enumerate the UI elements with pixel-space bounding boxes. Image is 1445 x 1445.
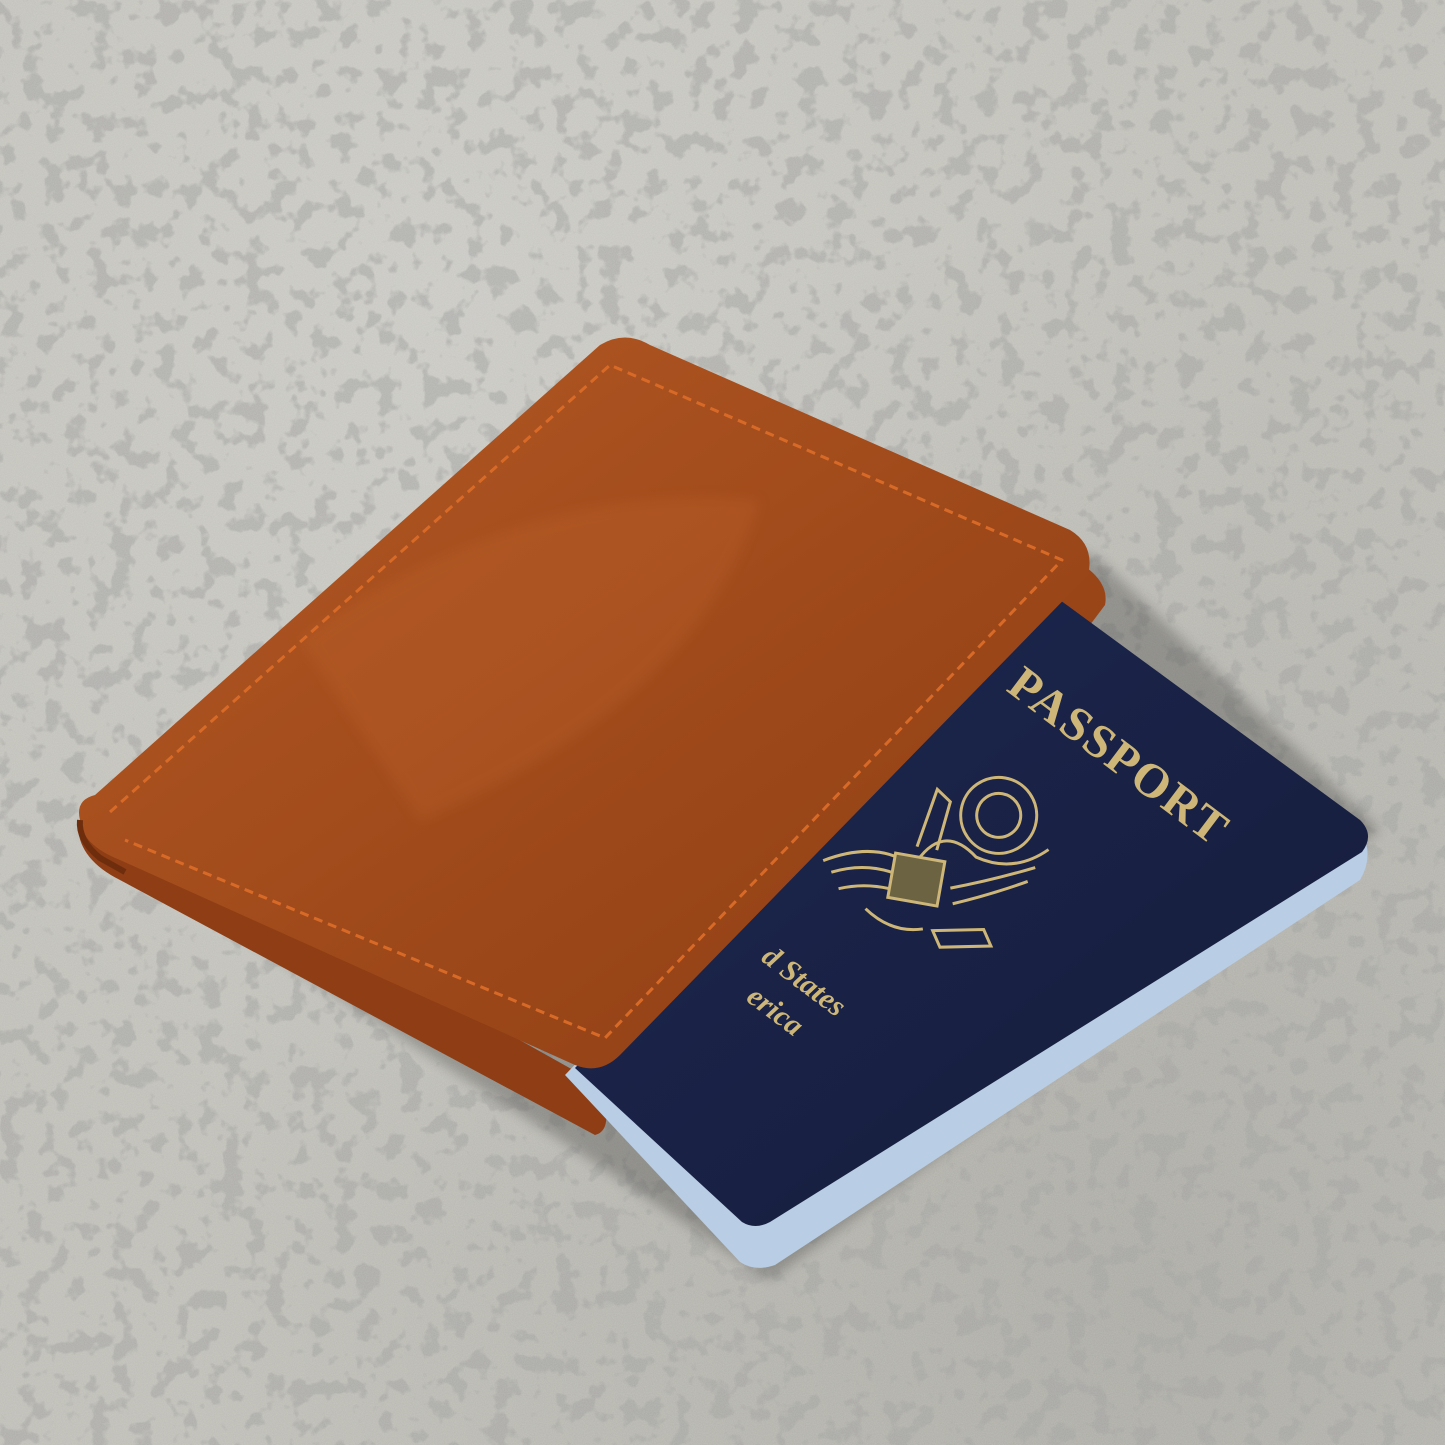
wallet-and-passport: PASSPORT d States erica (0, 0, 1445, 1445)
product-photo: PASSPORT d States erica (0, 0, 1445, 1445)
